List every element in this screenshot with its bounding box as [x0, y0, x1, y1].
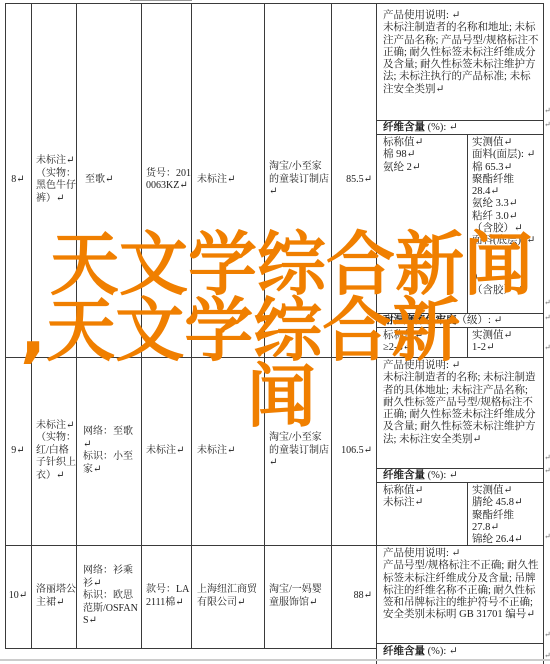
subrow-divider — [376, 643, 543, 644]
watermark-line3: 闻 — [247, 363, 316, 432]
nominal-values: 标称值↵ 棉 98↵ 氨纶 2↵ — [377, 136, 466, 174]
fiber-content-header: 纤维含量 (%): ↵ — [377, 469, 543, 482]
measured-values: 实测值↵ 腈纶 45.8↵ 聚酯纤维 27.8↵ 锦纶 26.4↵ — [468, 484, 543, 546]
product-name: 洛丽塔公主裙↵ — [32, 545, 76, 648]
usage-title: 产品使用说明: ↵ — [383, 548, 539, 560]
previous-row-remnant — [130, 0, 192, 1]
fiber-content-header: 纤维含量 (%): ↵ — [377, 121, 543, 134]
row-number: 10↵ — [5, 545, 31, 648]
store: 淘宝/一妈婴童服饰馆↵ — [265, 545, 331, 648]
usage-body: 未标注制造者的名称; 未标注制造者的具体地址; 未标注产品名称; 耐久性标签产品… — [383, 372, 536, 444]
paragraph-mark: ↵ — [544, 298, 550, 307]
row-number: 9↵ — [5, 357, 31, 545]
product-name: 未标注↵ （实物：红/白格子针织上衣）↵ — [32, 357, 76, 545]
model-number: 款号：LA2111棉↵ — [142, 545, 191, 648]
paragraph-mark: ↵ — [544, 120, 550, 129]
usage-title: 产品使用说明: ↵ — [383, 10, 539, 22]
fiber-content-unit: (%): ↵ — [425, 122, 458, 133]
brand: 网络：衫乘衫↵ 标识：欧思范斯/OSFANS↵ — [77, 545, 141, 648]
nominal-values: 标称值↵ 未标注↵ — [377, 484, 466, 510]
paragraph-mark: ↵ — [544, 651, 550, 660]
inspection-table-page: 8↵ 未标注↵ （实物：黑色牛仔裤）↵ 至歌↵ 货号：2010063KZ↵ 未标… — [0, 0, 550, 664]
paragraph-mark: ↵ — [544, 532, 550, 541]
price: 106.5↵ — [332, 357, 375, 545]
watermark-line2: ,天文学综合新 — [20, 297, 460, 366]
usage-body: 产品号型/规格标注不正确; 耐久性标签未标注纤维成分及含量; 吊牌标注的纤维名称… — [383, 560, 538, 620]
colorfastness-unit: （级）: ↵ — [457, 315, 503, 326]
paragraph-mark: ↵ — [544, 630, 550, 639]
fiber-content-label: 纤维含量 — [383, 646, 425, 657]
manufacturer: 上海纽汇商贸有限公司↵ — [192, 545, 264, 648]
paragraph-mark: ↵ — [544, 106, 550, 115]
fiber-content-unit: (%): ↵ — [425, 470, 458, 481]
page-bottom-edge — [0, 659, 550, 661]
paragraph-mark: ↵ — [544, 343, 550, 352]
colorfastness-measured: 实测值↵ 1-2↵ — [468, 329, 543, 355]
paragraph-mark: ↵ — [544, 313, 550, 322]
table-border-right — [543, 3, 544, 664]
fiber-content-unit: (%): ↵ — [425, 646, 458, 657]
row-divider — [5, 648, 377, 649]
fiber-content-header: 纤维含量 (%): ↵ — [377, 645, 543, 658]
usage-instructions: 产品使用说明: ↵ 未标注制造者的名称; 未标注制造者的具体地址; 未标注产品名… — [377, 359, 543, 446]
usage-instructions: 产品使用说明: ↵ 未标注制造者的名称和地址; 未标注产品名称; 产品号型/规格… — [377, 9, 543, 96]
usage-instructions: 产品使用说明: ↵ 产品号型/规格标注不正确; 耐久性标签未标注纤维成分及含量;… — [377, 547, 543, 622]
price: 88↵ — [332, 545, 375, 648]
usage-body: 未标注制造者的名称和地址; 未标注产品名称; 产品号型/规格标注不正确; 耐久性… — [383, 22, 538, 94]
paragraph-mark: ↵ — [544, 466, 550, 475]
fiber-content-label: 纤维含量 — [383, 470, 425, 481]
model-number: 未标注↵ — [142, 357, 191, 545]
watermark-line1: 天文学综合新闻 — [50, 231, 533, 300]
brand: 网络：至歌↵ 标识：小至家↵ — [77, 357, 141, 545]
fiber-content-label: 纤维含量 — [383, 122, 425, 133]
paragraph-mark: ↵ — [544, 453, 550, 462]
